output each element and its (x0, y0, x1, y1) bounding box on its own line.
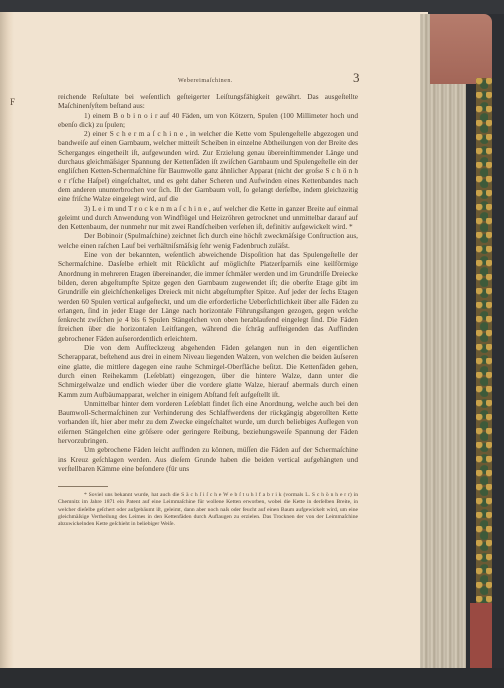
list-item-leimmaschine: 3) L e i m und T r o c k e n m a ſ c h i… (58, 204, 358, 232)
gutter-mark: F (10, 97, 15, 107)
page-edges (420, 14, 466, 678)
page-gutter (0, 12, 14, 678)
scan-background-bottom (0, 668, 504, 688)
page-header: Webereimaſchinen. 3 (58, 70, 358, 86)
list-item-schermaschine: 2) einer S c h e r m a ſ c h i n e , in … (58, 129, 358, 203)
paragraph: Eine von der bekannten, weſentlich abwei… (58, 250, 358, 343)
paragraph: Die von dem Aufſteckzeug abgehenden Fäde… (58, 343, 358, 399)
list-item-bobinoir: 1) einem B o b i n o i r auf 40 Fäden, u… (58, 111, 358, 130)
footnote-rule (58, 486, 108, 487)
running-title: Webereimaſchinen. (178, 78, 233, 84)
footnote: * Soviel uns bekannt wurde, hat auch die… (58, 492, 358, 528)
page-number: 3 (353, 70, 360, 86)
book-cover-corner-top (430, 14, 492, 84)
page-content: Webereimaſchinen. 3 reichende Reſultate … (58, 70, 358, 529)
paragraph: Um gebrochene Fäden leicht auffinden zu … (58, 445, 358, 473)
paragraph: Der Bobinoir (Spulmaſchine) zeichnet ſic… (58, 231, 358, 250)
marbled-cover-edge (476, 78, 492, 603)
paragraph: Unmittelbar hinter dem vorderen Leſeblat… (58, 399, 358, 445)
book-cover-corner-bottom (470, 603, 492, 678)
paragraph: reichende Reſultate bei weſentlich geſte… (58, 92, 358, 111)
